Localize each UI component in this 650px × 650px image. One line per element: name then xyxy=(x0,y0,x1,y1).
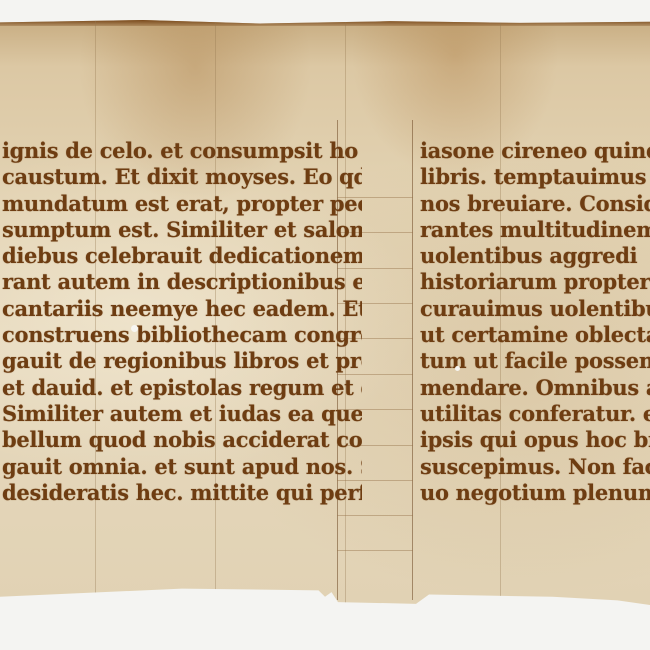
text-line: diebus celebrauit dedicationem. Infe xyxy=(2,243,362,269)
parchment-hole xyxy=(131,325,138,332)
text-line: iasone cireneo quinque xyxy=(420,138,650,164)
text-line: suscepimus. Non facile xyxy=(420,454,650,480)
manuscript-scan: ignis de celo. et consumpsit ho caustum.… xyxy=(0,0,650,650)
text-line: curauimus uolentibus q xyxy=(420,296,650,322)
text-line: mundatum est erat, propter peccato con xyxy=(2,191,362,217)
text-line: uolentibus aggredi xyxy=(420,243,650,269)
text-line: rant autem in descriptionibus et xyxy=(2,269,362,295)
text-line: ut certamine oblecta xyxy=(420,322,650,348)
text-line: desideratis hec. mittite qui perfe xyxy=(2,480,362,506)
text-line: caustum. Et dixit moyses. Eo qd n xyxy=(2,164,362,190)
text-column-left: ignis de celo. et consumpsit ho caustum.… xyxy=(2,138,362,506)
text-line: ipsis qui opus hoc bre xyxy=(420,427,650,453)
text-line: et dauid. et epistolas regum et donariis… xyxy=(2,375,362,401)
text-line: utilitas conferatur. et xyxy=(420,401,650,427)
text-line: gauit de regionibus libros et prophetaru… xyxy=(2,348,362,374)
text-line: cantariis neemye hec eadem. Et ut xyxy=(2,296,362,322)
margin-rule-right xyxy=(412,120,413,600)
text-line: historiarum propter multi xyxy=(420,269,650,295)
text-line: ignis de celo. et consumpsit ho xyxy=(2,138,362,164)
parchment-hole xyxy=(455,366,460,371)
text-line: nos breuiare. Conside xyxy=(420,191,650,217)
text-line: mendare. Omnibus autem xyxy=(420,375,650,401)
ruling-line xyxy=(337,550,413,551)
text-line: rantes multitudinem librorum. et xyxy=(420,217,650,243)
text-line: tum ut facile possent xyxy=(420,348,650,374)
text-line: sumptum est. Similiter et salomon octo xyxy=(2,217,362,243)
text-line: gauit omnia. et sunt apud nos. Si xyxy=(2,454,362,480)
ruling-line xyxy=(337,515,413,516)
text-line: uo negotium plenum u xyxy=(420,480,650,506)
text-line: construens bibliothecam congre xyxy=(2,322,362,348)
text-column-right: iasone cireneo quinque libris. temptauim… xyxy=(420,138,650,506)
burnt-top-edge xyxy=(0,20,650,26)
text-line: bellum quod nobis acciderat congre xyxy=(2,427,362,453)
text-line: Similiter autem et iudas ea que didicera… xyxy=(2,401,362,427)
text-line: libris. temptauimus no xyxy=(420,164,650,190)
